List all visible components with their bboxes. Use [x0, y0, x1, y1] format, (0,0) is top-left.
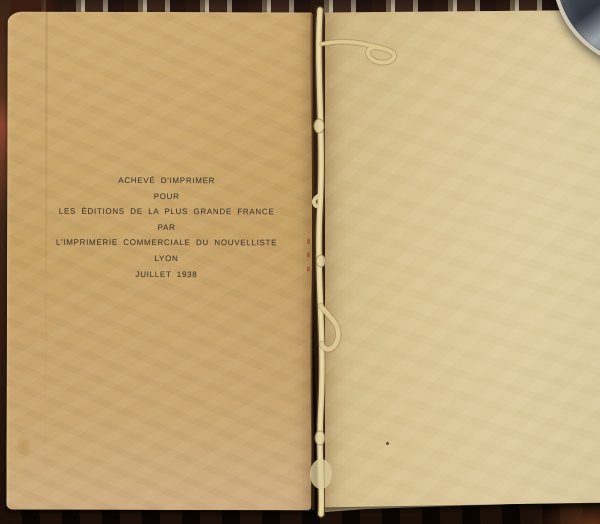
thread-loop-shadow [322, 42, 394, 63]
colophon-line-6: LYON [21, 251, 312, 267]
gutter-crevice [312, 14, 314, 510]
colophon-line-1: ACHEVÉ D'IMPRIMER [21, 173, 312, 189]
left-page: ACHEVÉ D'IMPRIMER POUR LES ÉDITIONS DE L… [6, 12, 312, 511]
colophon-line-3: LES ÉDITIONS DE LA PLUS GRANDE FRANCE [21, 204, 312, 220]
colophon-line-4: PAR [21, 219, 312, 235]
glue-blob [310, 459, 332, 489]
paper-stain [15, 432, 32, 460]
binding-gutter [300, 6, 410, 518]
colophon-line-7: JUILLET 1938 [21, 266, 312, 282]
thread-knot [317, 255, 326, 267]
colophon-line-5: L'IMPRIMERIE COMMERCIALE DU NOUVELLISTE [21, 235, 312, 251]
colophon-text: ACHEVÉ D'IMPRIMER POUR LES ÉDITIONS DE L… [7, 173, 312, 283]
book-photograph: ACHEVÉ D'IMPRIMER POUR LES ÉDITIONS DE L… [0, 0, 600, 524]
thread-knot [314, 119, 324, 133]
thread-knot [315, 431, 325, 445]
colophon-line-2: POUR [21, 188, 312, 204]
